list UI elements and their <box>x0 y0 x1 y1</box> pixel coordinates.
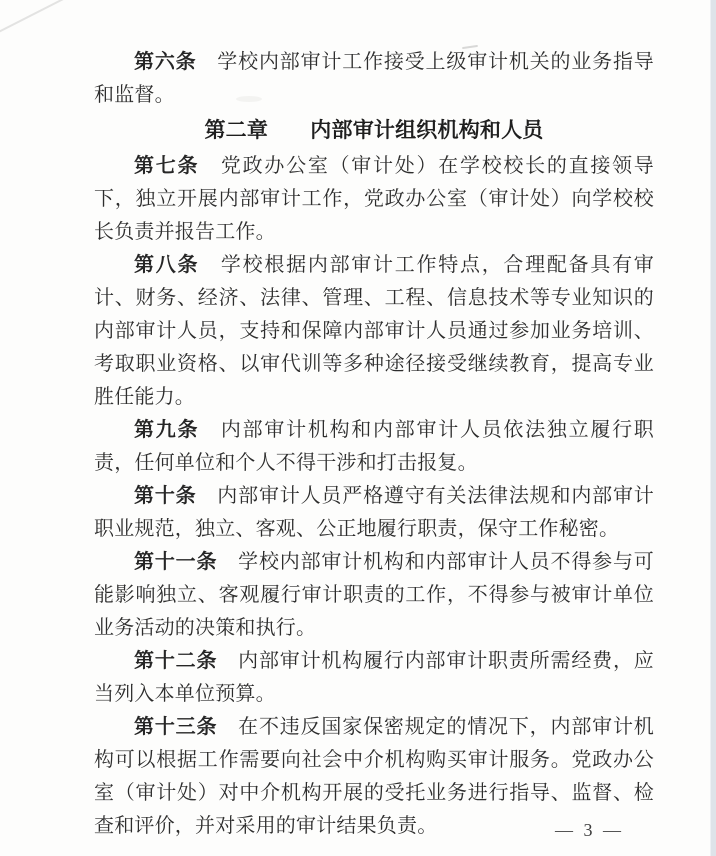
scan-artifact-corner-line <box>0 0 66 37</box>
document-content: 第六条 学校内部审计工作接受上级审计机关的业务指导和监督。第二章 内部审计组织机… <box>94 46 654 843</box>
article-paragraph: 第十一条 学校内部审计机构和内部审计人员不得参与可能影响独立、客观履行审计职责的… <box>94 546 654 645</box>
article-paragraph: 第七条 党政办公室（审计处）在学校校长的直接领导下，独立开展内部审计工作，党政办… <box>94 150 654 249</box>
article-number: 第十一条 <box>134 551 217 573</box>
page-edge-shadow <box>710 0 716 856</box>
article-number: 第十条 <box>134 485 196 507</box>
article-number: 第十三条 <box>134 716 217 738</box>
article-number: 第六条 <box>134 51 196 73</box>
article-number: 第十二条 <box>134 650 217 672</box>
article-number: 第九条 <box>134 419 199 441</box>
chapter-number: 第二章 <box>204 119 268 142</box>
article-paragraph: 第十条 内部审计人员严格遵守有关法律法规和内部审计职业规范，独立、客观、公正地履… <box>94 480 654 546</box>
article-paragraph: 第八条 学校根据内部审计工作特点，合理配备具有审计、财务、经济、法律、管理、工程… <box>94 249 654 414</box>
article-number: 第七条 <box>134 155 199 177</box>
page-number: — 3 — <box>555 820 624 841</box>
chapter-heading: 第二章 内部审计组织机构和人员 <box>94 114 654 147</box>
article-paragraph: 第九条 内部审计机构和内部审计人员依法独立履行职责，任何单位和个人不得干涉和打击… <box>94 414 654 480</box>
article-paragraph: 第十二条 内部审计机构履行内部审计职责所需经费，应当列入本单位预算。 <box>94 645 654 711</box>
document-page: 第六条 学校内部审计工作接受上级审计机关的业务指导和监督。第二章 内部审计组织机… <box>0 0 716 856</box>
article-paragraph: 第六条 学校内部审计工作接受上级审计机关的业务指导和监督。 <box>94 46 654 112</box>
article-number: 第八条 <box>134 254 199 276</box>
